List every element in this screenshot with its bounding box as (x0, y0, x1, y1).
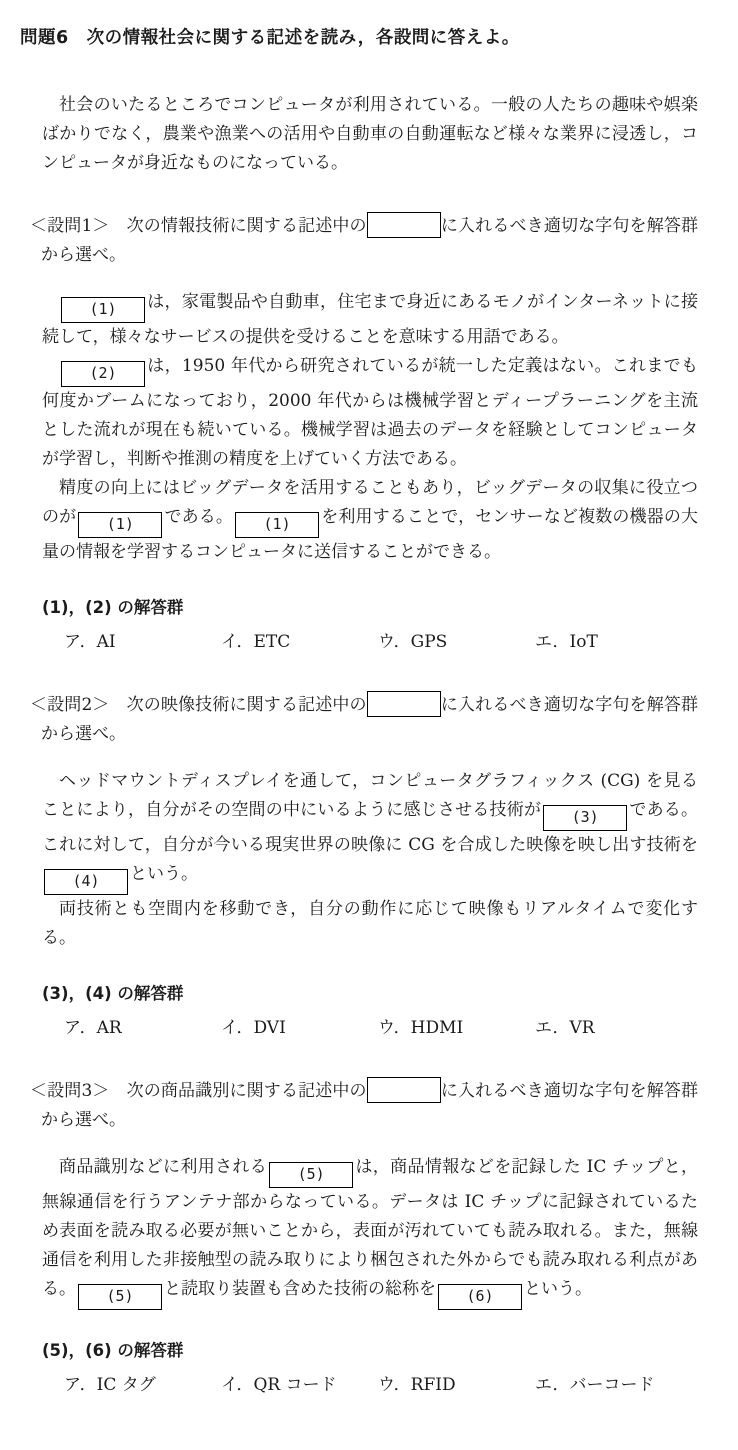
paragraph-rfid: 商品識別などに利用される(5)は，商品情報などを記録した IC チップと，無線通… (42, 1153, 698, 1310)
answer-option: エ．バーコード (535, 1371, 655, 1400)
blank-box-1-ref2: (1) (235, 512, 319, 538)
answer-option: ア．AR (64, 1014, 221, 1043)
blank-box-5: (5) (269, 1162, 353, 1188)
question1-heading-pre: ＜設問1＞ 次の情報技術に関する記述中の (30, 216, 367, 236)
blank-box-2: (2) (61, 361, 145, 387)
question2-heading-pre: ＜設問2＞ 次の映像技術に関する記述中の (30, 695, 367, 715)
paragraph-blank1: (1)は，家電製品や自動車，住宅まで身近にあるモノがインターネットに接続して，様… (42, 288, 698, 352)
answer-option: エ．VR (535, 1014, 595, 1043)
question2-heading: ＜設問2＞ 次の映像技術に関する記述中のに入れるべき適切な字句を解答群から選べ。 (30, 691, 698, 749)
question1-heading: ＜設問1＞ 次の情報技術に関する記述中のに入れるべき適切な字句を解答群から選べ。 (30, 212, 698, 270)
answer-option: ウ．GPS (378, 628, 535, 657)
blank-box-4-label: (4) (72, 872, 99, 890)
answer-group1-heading: (1)，(2) の解答群 (42, 593, 698, 622)
paragraph-rfid-text4: という。 (524, 1279, 592, 1299)
blank-box-2-label: (2) (89, 364, 116, 382)
answer-option: ア．AI (64, 628, 221, 657)
blank-box-1: (1) (61, 297, 145, 323)
question3-heading-pre: ＜設問3＞ 次の商品識別に関する記述中の (30, 1081, 367, 1101)
answer-option: ウ．HDMI (378, 1014, 535, 1043)
paragraph-vr-ar: ヘッドマウントディスプレイを通して，コンピュータグラフィックス (CG) を見る… (42, 767, 698, 895)
question1-body: (1)は，家電製品や自動車，住宅まで身近にあるモノがインターネットに接続して，様… (20, 288, 698, 567)
answer-group3-options: ア．IC タグ イ．QR コード ウ．RFID エ．バーコード (64, 1371, 698, 1400)
section-question2: ＜設問2＞ 次の映像技術に関する記述中のに入れるべき適切な字句を解答群から選べ。… (20, 691, 698, 1043)
blank-box-5-label: (5) (298, 1165, 325, 1183)
problem-title: 問題6 次の情報社会に関する記述を読み，各設問に答えよ。 (20, 24, 698, 53)
paragraph-rfid-text3: と読取り装置も含めた技術の総称を (164, 1279, 436, 1299)
question3-heading: ＜設問3＞ 次の商品識別に関する記述中のに入れるべき適切な字句を解答群から選べ。 (30, 1077, 698, 1135)
answer-group1-options: ア．AI イ．ETC ウ．GPS エ．IoT (64, 628, 698, 657)
exam-page: 問題6 次の情報社会に関する記述を読み，各設問に答えよ。 社会のいたるところでコ… (0, 0, 738, 1450)
blank-box-5-ref-label: (5) (106, 1287, 133, 1305)
paragraph-rfid-text1: 商品識別などに利用される (59, 1157, 267, 1177)
blank-box-6: (6) (438, 1284, 522, 1310)
blank-box-1-ref2-label: (1) (264, 515, 291, 533)
paragraph-vr-ar-text3: という。 (130, 864, 198, 884)
blank-box-empty (367, 691, 441, 717)
answer-option: イ．ETC (221, 628, 378, 657)
blank-box-6-label: (6) (466, 1287, 493, 1305)
answer-option: ア．IC タグ (64, 1371, 221, 1400)
blank-box-4: (4) (44, 869, 128, 895)
blank-box-3: (3) (543, 805, 627, 831)
blank-box-3-label: (3) (572, 808, 599, 826)
paragraph-bigdata: 精度の向上にはビッグデータを活用することもあり，ビッグデータの収集に役立つのが(… (42, 474, 698, 567)
answer-option: エ．IoT (535, 628, 598, 657)
blank-box-1-label: (1) (89, 300, 116, 318)
section-question1: ＜設問1＞ 次の情報技術に関する記述中のに入れるべき適切な字句を解答群から選べ。… (20, 212, 698, 657)
answer-group3-heading: (5)，(6) の解答群 (42, 1336, 698, 1365)
paragraph-realtime: 両技術とも空間内を移動でき，自分の動作に応じて映像もリアルタイムで変化する。 (42, 895, 698, 953)
blank-box-empty (367, 1077, 441, 1103)
intro-paragraph: 社会のいたるところでコンピュータが利用されている。一般の人たちの趣味や娯楽ばかり… (42, 91, 698, 178)
question2-body: ヘッドマウントディスプレイを通して，コンピュータグラフィックス (CG) を見る… (20, 767, 698, 953)
answer-option: イ．QR コード (221, 1371, 378, 1400)
answer-option: イ．DVI (221, 1014, 378, 1043)
question3-body: 商品識別などに利用される(5)は，商品情報などを記録した IC チップと，無線通… (20, 1153, 698, 1310)
section-question3: ＜設問3＞ 次の商品識別に関する記述中のに入れるべき適切な字句を解答群から選べ。… (20, 1077, 698, 1400)
blank-box-1-ref-label: (1) (107, 515, 134, 533)
paragraph-rfid-text2: は，商品情報などを記録した IC チップと，無線通信を行うアンテナ部からなってい… (42, 1157, 698, 1299)
paragraph-bigdata-text2: である。 (164, 507, 233, 527)
answer-group2-heading: (3)，(4) の解答群 (42, 979, 698, 1008)
blank-box-empty (367, 212, 441, 238)
blank-box-5-ref: (5) (78, 1284, 162, 1310)
answer-group2-options: ア．AR イ．DVI ウ．HDMI エ．VR (64, 1014, 698, 1043)
blank-box-1-ref: (1) (78, 512, 162, 538)
paragraph-blank2: (2)は，1950 年代から研究されているが統一した定義はない。これまでも何度か… (42, 352, 698, 474)
answer-option: ウ．RFID (378, 1371, 535, 1400)
